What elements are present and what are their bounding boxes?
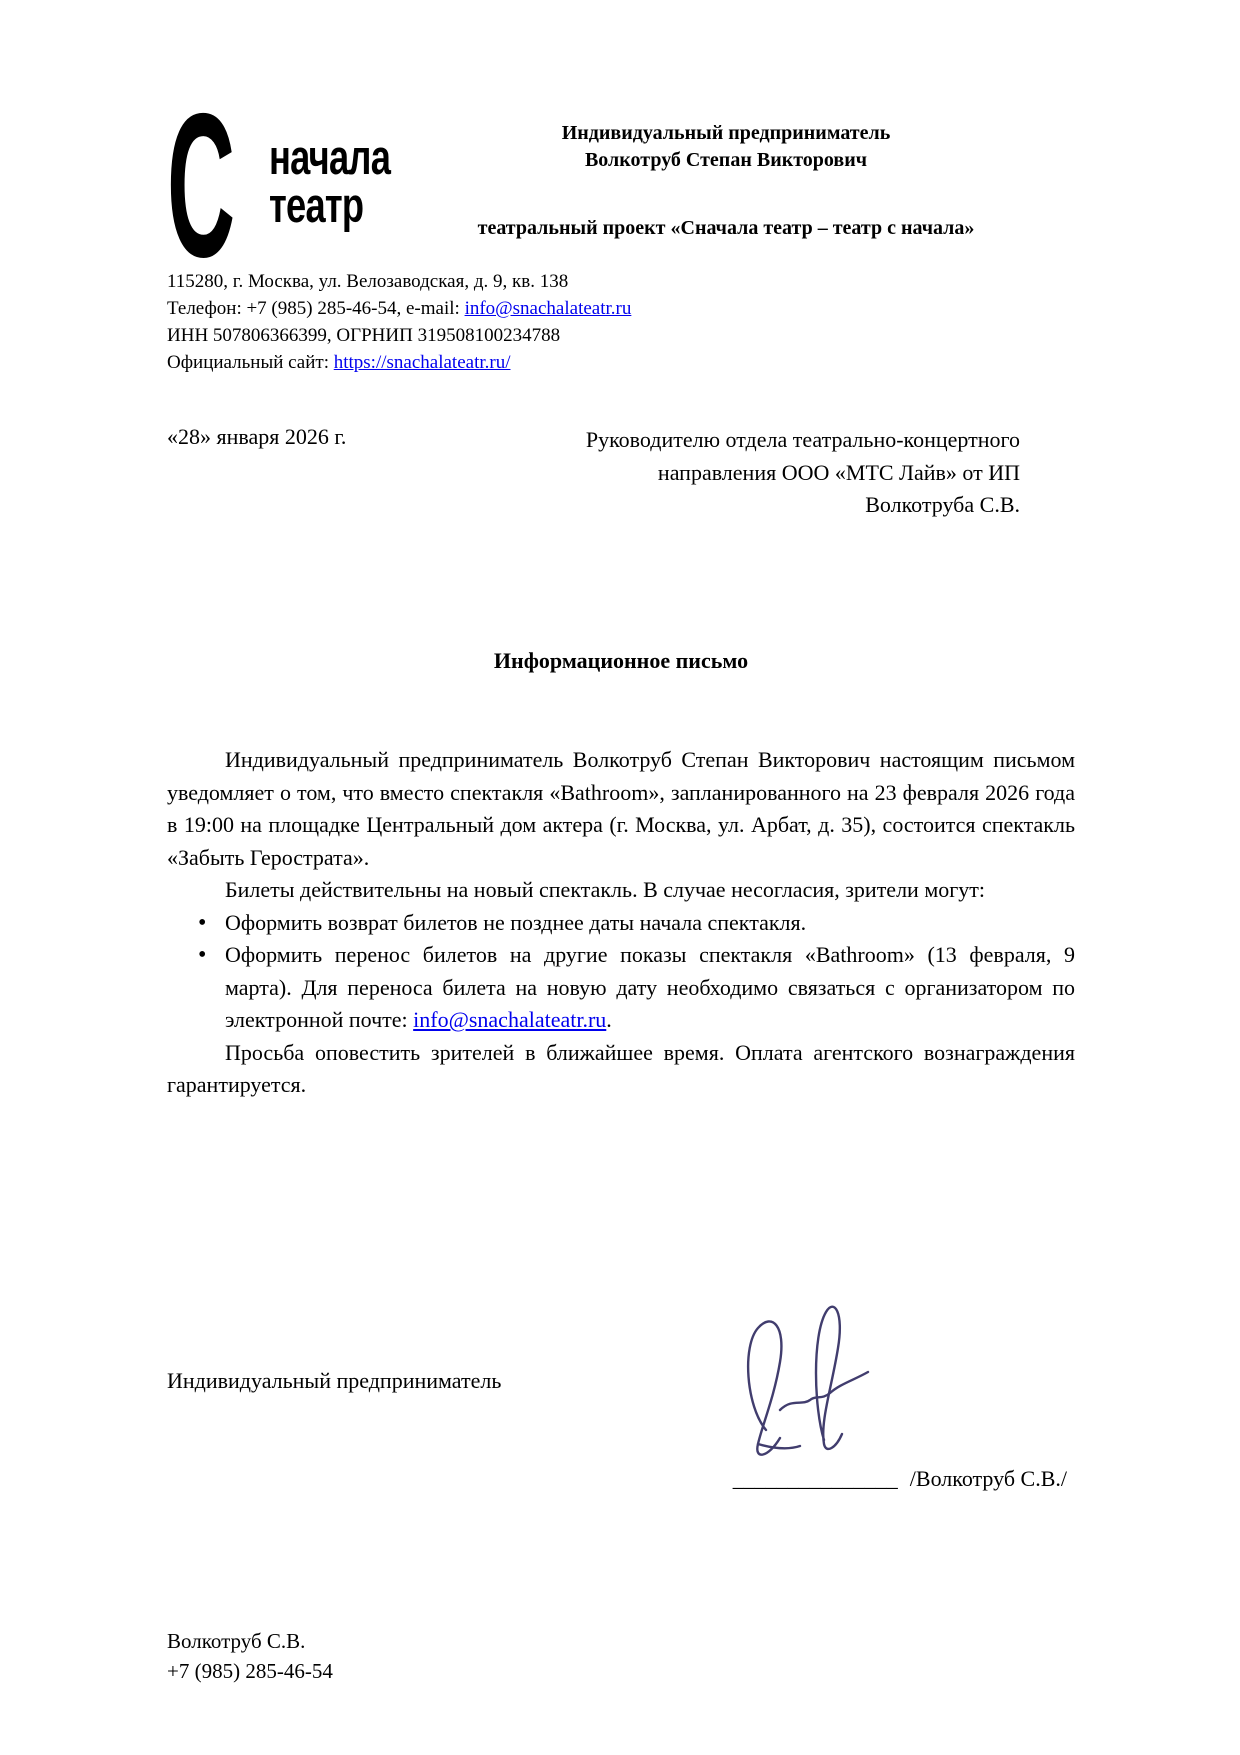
list-item-refund: Оформить возврат билетов не позднее даты… [167,907,1075,940]
logo-word-1: начала [269,134,390,182]
signatory-name: /Волкотруб С.В./ [910,1466,1067,1491]
contact-block: 115280, г. Москва, ул. Велозаводская, д.… [167,268,631,376]
website-label: Официальный сайт: [167,352,334,373]
entrepreneur-name: Волкотруб Степан Викторович [377,147,1075,174]
postal-address: 115280, г. Москва, ул. Велозаводская, д.… [167,268,631,295]
footer-phone: +7 (985) 285-46-54 [167,1656,333,1686]
list-item-transfer: Оформить перенос билетов на другие показ… [167,939,1075,1037]
paragraph-tickets-valid: Билеты действительны на новый спектакль.… [167,874,1075,907]
addressee-line-1: Руководителю отдела театрально-концертно… [586,424,1020,457]
letter-title: Информационное письмо [167,648,1075,674]
addressee-line-3: Волкотруба С.В. [586,489,1020,522]
website-link[interactable]: https://snachalateatr.ru/ [334,352,511,373]
logo-word-2: театр [269,182,390,230]
letterhead: Индивидуальный предприниматель Волкотруб… [377,120,1075,242]
contact-email-link[interactable]: info@snachalateatr.ru [413,1007,606,1032]
letter-date: «28» января 2026 г. [167,424,346,450]
letter-page: С начала театр Индивидуальный предприним… [0,0,1240,1755]
addressee-block: Руководителю отдела театрально-концертно… [586,424,1020,522]
footer-name: Волкотруб С.В. [167,1626,333,1656]
logo-letter: С [167,106,235,266]
logo-wordmark: начала театр [269,134,390,230]
letter-body: Индивидуальный предприниматель Волкотруб… [167,744,1075,1102]
website-line: Официальный сайт: https://snachalateatr.… [167,349,631,376]
transfer-text: Оформить перенос билетов на другие показ… [225,942,1075,1032]
options-list: Оформить возврат билетов не позднее даты… [167,907,1075,1037]
email-link[interactable]: info@snachalateatr.ru [465,298,632,319]
transfer-text-end: . [606,1007,612,1032]
footer-contact: Волкотруб С.В. +7 (985) 285-46-54 [167,1626,333,1686]
inn-ogrnip-line: ИНН 507806366399, ОГРНИП 319508100234788 [167,322,631,349]
signature-line-row: _______________/Волкотруб С.В./ [167,1466,1067,1492]
addressee-line-2: направления ООО «МТС Лайв» от ИП [586,457,1020,490]
project-name: театральный проект «Сначала театр – теат… [377,215,1075,242]
signatory-title: Индивидуальный предприниматель [167,1368,501,1394]
paragraph-replacement-notice: Индивидуальный предприниматель Волкотруб… [167,744,1075,874]
paragraph-notify-request: Просьба оповестить зрителей в ближайшее … [167,1037,1075,1102]
handwritten-signature [728,1288,878,1456]
phone-text: Телефон: +7 (985) 285-46-54, e-mail: [167,298,465,319]
signature-line: _______________ [733,1466,898,1491]
entrepreneur-title: Индивидуальный предприниматель [377,120,1075,147]
phone-email-line: Телефон: +7 (985) 285-46-54, e-mail: inf… [167,295,631,322]
